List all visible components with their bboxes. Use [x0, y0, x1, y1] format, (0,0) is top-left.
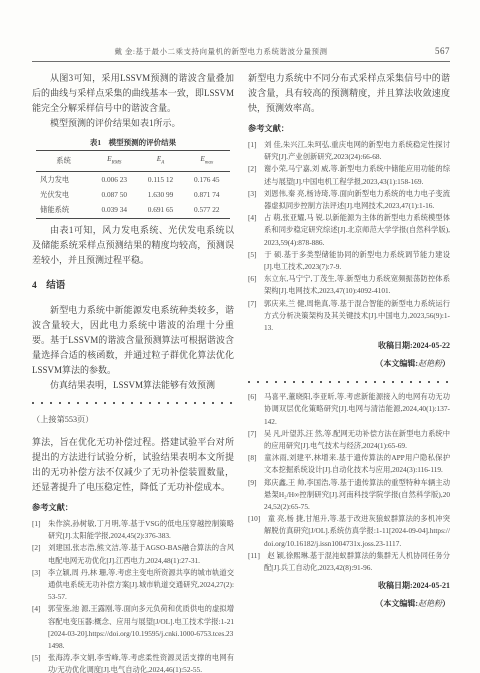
reference-item: [6] 马喜平,董晓阳,李亚昕,等.考虑新能源接入的电网有功无功协调双层优化策略…	[248, 391, 450, 428]
reference-list: [1] 刘 佳,朱兴江,朱珂弘.重庆电网的新型电力系统稳定性探讨研究[J].产业…	[248, 139, 450, 334]
editor-name: 赵艳粉	[418, 359, 442, 368]
table-cell: 0.577 22	[184, 203, 230, 219]
reference-item: [7] 吴 凡,叶望苏,汪 然,等.配网无功补偿方法在新型电力系统中的应用研究[…	[248, 428, 450, 452]
reference-item: [2] 刘建国,张志浩,熊文洁,等.基于AGSO-BAS融合算法的含风电配电网无…	[32, 542, 234, 566]
continued-from-tag: （上接第553页）	[32, 412, 234, 427]
editor-name: 赵艳粉	[418, 599, 442, 608]
table-cell: 0.006 23	[91, 172, 137, 188]
references-label: 参考文献：	[248, 121, 450, 136]
table-header-cell: Emax	[184, 151, 230, 172]
table-body: 风力发电0.006 230.115 120.176 45光伏发电0.087 50…	[36, 172, 230, 219]
editor-credit: （本文编辑:赵艳粉）	[248, 596, 450, 611]
paragraph: 新型电力系统中不同分布式采样点采集信号中的谐波含量，具有较高的预测精度，并且算法…	[248, 71, 450, 116]
editor-credit: （本文编辑:赵艳粉）	[248, 356, 450, 371]
table-row: 储能系统0.039 340.691 650.577 22	[36, 203, 230, 219]
header-rule	[32, 61, 450, 62]
table-cell: 光伏发电	[36, 188, 91, 203]
running-head: 戴 金:基于最小二乘支持向量机的新型电力系统谐波分量预测 567	[32, 46, 450, 57]
right-column: 新型电力系统中不同分布式采样点采集信号中的谐波含量，具有较高的预测精度，并且算法…	[248, 71, 450, 673]
reference-item: [5] 于 硕.基于多类型储能协同的新型电力系统调节能力建设[J].电工技术,2…	[248, 249, 450, 273]
paragraph: 从图3可知，采用LSSVM预测的谐波含量叠加后的曲线与采样点采集的曲线基本一致，…	[32, 71, 234, 116]
reference-list: [6] 马喜平,董晓阳,李亚昕,等.考虑新能源接入的电网有功无功协调双层优化策略…	[248, 391, 450, 574]
table-cell: 储能系统	[36, 203, 91, 219]
article-separator	[32, 402, 234, 404]
table-header: 系统 ERMS EA Emax	[36, 151, 230, 172]
reference-item: [7] 郭庆来,兰 健,周艳真,等.基于混合智能的新型电力系统运行方式分析决策架…	[248, 298, 450, 335]
table-header-cell: ERMS	[91, 151, 137, 172]
received-date: 收稿日期:2024-05-22	[248, 338, 450, 353]
two-column-body: 从图3可知，采用LSSVM预测的谐波含量叠加后的曲线与采样点采集的曲线基本一致，…	[32, 71, 450, 673]
journal-page: 戴 金:基于最小二乘支持向量机的新型电力系统谐波分量预测 567 从图3可知，采…	[0, 0, 480, 673]
table-cell: 0.039 34	[91, 203, 137, 219]
table-row: 光伏发电0.087 501.630 990.871 74	[36, 188, 230, 203]
table-row: 风力发电0.006 230.115 120.176 45	[36, 172, 230, 188]
reference-item: [3] 刘恩伟,秦 亮,杨诗琦,等.面向新型电力系统的电力电子变流器虚拟同步控制…	[248, 188, 450, 212]
paragraph: 仿真结果表明，LSSVM算法能够有效预测	[32, 378, 234, 393]
reference-item: [1] 刘 佳,朱兴江,朱珂弘.重庆电网的新型电力系统稳定性探讨研究[J].产业…	[248, 139, 450, 163]
reference-item: [5] 张海涛,李文娟,李雪峰,等.考虑柔性资源灵活支撑的电网有功/无功优化调度…	[32, 652, 234, 673]
table-cell: 0.176 45	[184, 172, 230, 188]
reference-item: [4] 占 萌,张亚耀,马 锐.以新能源为主体的新型电力系统模型体系和同步稳定研…	[248, 212, 450, 249]
running-title: 戴 金:基于最小二乘支持向量机的新型电力系统谐波分量预测	[32, 46, 410, 57]
reference-list: [1] 朱作滨,孙树敏,丁月明,等.基于VSG的低电压穿越控制策略研究[J].太…	[32, 518, 234, 673]
paragraph: 算法，旨在优化无功补偿过程。搭建试验平台对所提出的方法进行试验分析，试验结果表明…	[32, 435, 234, 495]
table-header-cell: 系统	[36, 151, 91, 172]
reference-item: [4] 郭莹鉴,池 源,王露刚,等.面向多元负荷和优质供电的虚拟增容配电变压器:…	[32, 603, 234, 652]
references-label: 参考文献：	[32, 500, 234, 515]
table-cell: 0.691 65	[137, 203, 183, 219]
reference-item: [8] 童沐雨,刘建平,林增来.基于遗传算法的APP用户隐私保护文本挖掘系统设计…	[248, 452, 450, 476]
reference-item: [10] 童 亮,杨 捷,甘旭升,等.基于改进灰狼蚁群算法的多机冲突解脱仿真研究…	[248, 513, 450, 550]
section-heading: 4 结语	[32, 279, 234, 294]
paragraph: 由表1可知，风力发电系统、光伏发电系统以及储能系统采样点预测结果的精度均较高，预…	[32, 223, 234, 268]
evaluation-table: 系统 ERMS EA Emax 风力发电0.006 230.115 120.17…	[36, 150, 230, 219]
table-cell: 1.630 99	[137, 188, 183, 203]
paragraph: 新型电力系统中新能源发电系统种类较多，谐波含量较大，因此电力系统中谐波的治理十分…	[32, 303, 234, 378]
table-cell: 0.871 74	[184, 188, 230, 203]
paragraph: 模型预测的评价结果如表1所示。	[32, 116, 234, 131]
page-number: 567	[410, 46, 450, 56]
table-cell: 风力发电	[36, 172, 91, 188]
reference-item: [6] 东立东,马宁宁,丁茂生,等.新型电力系统宽频振荡防控体系架构[J].电网…	[248, 273, 450, 297]
left-column: 从图3可知，采用LSSVM预测的谐波含量叠加后的曲线与采样点采集的曲线基本一致，…	[32, 71, 234, 673]
table-caption: 表1 模型预测的评价结果	[32, 137, 234, 148]
reference-item: [1] 朱作滨,孙树敏,丁月明,等.基于VSG的低电压穿越控制策略研究[J].太…	[32, 518, 234, 542]
table-header-cell: EA	[137, 151, 183, 172]
table-cell: 0.115 12	[137, 172, 183, 188]
reference-item: [3] 李立颖,周 丹,林 珊,等.考虑主变电所资源共享的城市轨道交通供电系统无…	[32, 567, 234, 604]
article-separator	[248, 381, 450, 383]
reference-item: [2] 谢小荣,马宁嘉,刘 威,等.新型电力系统中储能应用功能的综述与展望[J]…	[248, 163, 450, 187]
table-cell: 0.087 50	[91, 188, 137, 203]
reference-item: [9] 郑庆鑫,王 帅,李国浩,等.基于遗传算法的重型特种车辆主动悬架H₂/H∞…	[248, 477, 450, 514]
table-header-row: 系统 ERMS EA Emax	[36, 151, 230, 172]
reference-item: [11] 赵 颖,徐熙琳.基于混沌蚁群算法的集群无人机协同任务分配[J].兵工自…	[248, 550, 450, 574]
received-date: 收稿日期:2024-05-21	[248, 578, 450, 593]
